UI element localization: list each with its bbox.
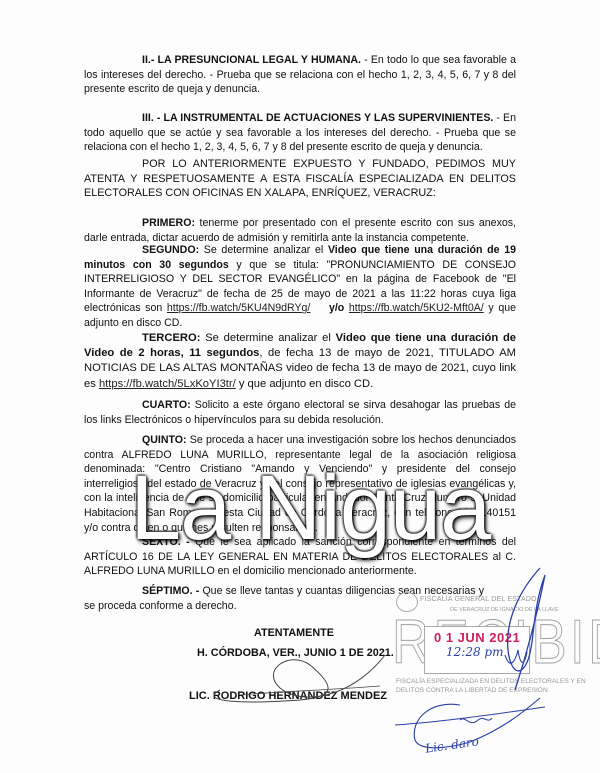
tercero-text-3: y que adjunto en disco CD. — [236, 378, 373, 390]
place-date: H. CÓRDOBA, VER., JUNIO 1 DE 2021. — [197, 647, 394, 659]
segundo-text-1: Se determine analizar el — [199, 244, 328, 256]
segundo-label: SEGUNDO: — [142, 244, 199, 256]
stamp-time: 12:28 pm — [446, 645, 503, 659]
segundo-or: y/o — [310, 302, 349, 314]
signatory-name: LIC. RODRIGO HERNANDEZ MENDEZ — [189, 690, 387, 702]
stamp-footer-2: DELITOS CONTRA LA LIBERTAD DE EXPRESIÓN — [396, 687, 548, 694]
stamp-footer-1: FISCALÍA ESPECIALIZADA EN DELITOS ELECTO… — [396, 678, 586, 685]
section-ii-heading: II.- LA PRESUNCIONAL LEGAL Y HUMANA. — [142, 54, 361, 66]
cuarto-label: CUARTO: — [142, 399, 191, 411]
primero-label: PRIMERO: — [142, 217, 195, 229]
quinto-label: QUINTO: — [142, 434, 187, 446]
handwritten-note: Lic. daro — [424, 734, 479, 755]
tercero-text-1: Se determine analizar el — [200, 332, 335, 344]
section-iii: III. - LA INSTRUMENTAL DE ACTUACIONES Y … — [84, 111, 516, 155]
received-stamp: FISCALÍA GENERAL DEL ESTADO DE VERACRUZ … — [390, 590, 560, 710]
tercero: TERCERO: Se determine analizar el Video … — [84, 331, 516, 392]
stamp-date: 0 1 JUN 2021 — [434, 630, 520, 645]
septimo-label: SÉPTIMO. - — [142, 585, 199, 597]
primero: PRIMERO: tenerme por presentado con el p… — [84, 216, 516, 245]
cuarto: CUARTO: Solicito a este órgano electoral… — [84, 398, 516, 427]
segundo: SEGUNDO: Se determine analizar el Video … — [84, 243, 516, 331]
petition-intro: POR LO ANTERIORMENTE EXPUESTO Y FUNDADO,… — [84, 157, 516, 201]
section-iii-heading: III. - LA INSTRUMENTAL DE ACTUACIONES Y … — [142, 112, 493, 124]
tercero-label: TERCERO: — [142, 332, 200, 344]
stamp-header: FISCALÍA GENERAL DEL ESTADO — [420, 596, 537, 603]
watermark-logo: La Nigua — [130, 462, 490, 554]
segundo-link-1[interactable]: https://fb.watch/5KU4N9dRYg/ — [167, 302, 311, 314]
segundo-link-2[interactable]: https://fb.watch/5KU2-Mft0A/ — [349, 302, 484, 314]
document-page: II.- LA PRESUNCIONAL LEGAL Y HUMANA. - E… — [0, 0, 600, 773]
closing: ATENTAMENTE — [254, 627, 334, 639]
tercero-link[interactable]: https://fb.watch/5LxKoYI3tr/ — [99, 378, 236, 390]
section-ii: II.- LA PRESUNCIONAL LEGAL Y HUMANA. - E… — [84, 53, 516, 97]
